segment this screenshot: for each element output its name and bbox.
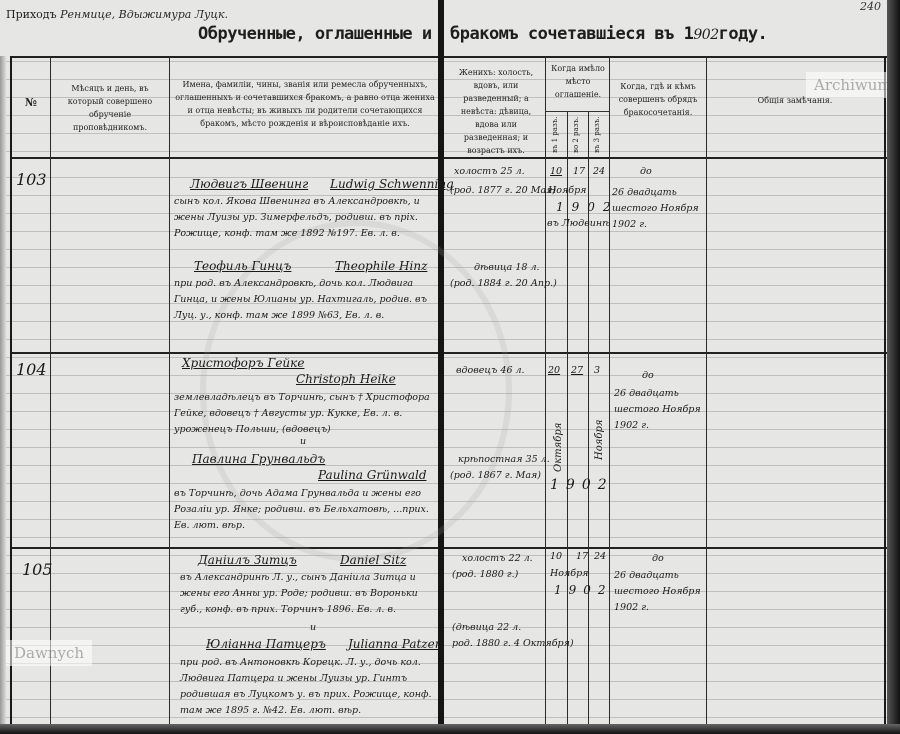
col-line-date: [169, 56, 170, 726]
bride-status: крѣпостная 35 л.: [458, 454, 550, 465]
book-edge-right: [887, 0, 900, 734]
bride-birth: (род. 1867 г. Мая): [450, 470, 541, 481]
entry-number: 105: [22, 560, 53, 579]
groom-status: холостъ 22 л.: [462, 553, 533, 564]
register-page: Приходъ Ренмице, Вдыжимура Луцк. Обручен…: [0, 0, 893, 728]
bride-name-ru: Юліанна Патцеръ: [206, 637, 326, 651]
entry-number: 104: [16, 360, 47, 379]
groom-name-lat: Ludwig Schwenning: [330, 177, 454, 191]
bride-name-ru: Теофиль Гинцъ: [194, 259, 291, 273]
col-header-status-age: Женихъ: холость, вдовъ, или разведенный;…: [448, 66, 544, 157]
banns-month-vertical-2: Ноября: [594, 400, 605, 460]
title-right-suffix: году.: [719, 24, 768, 44]
groom-name-ru: Христофоръ Гейке: [182, 356, 304, 370]
banns-year: 1902: [556, 200, 619, 214]
bride-status: (дѣвица 22 л.: [452, 622, 521, 633]
banns-1: 20: [548, 365, 560, 376]
parish-name: Ренмице, Вдыжимура Луцк.: [60, 8, 228, 21]
header-bottom-border: [10, 157, 887, 159]
bride-birth: (род. 1884 г. 20 Апр.): [450, 278, 557, 289]
ceremony-mark: до: [652, 553, 664, 564]
banns-2: 27: [571, 365, 583, 376]
banns-month: Ноября: [550, 568, 588, 579]
title-right-prefix: бракомъ сочетавшіеся въ 1: [450, 24, 693, 44]
book-edge-bottom: [0, 724, 900, 734]
banns-1: 10: [550, 551, 562, 562]
col-header-date: Мѣсяцъ и день, въ который совершено обру…: [54, 82, 166, 134]
banns-place: въ Людвинѣ: [547, 218, 610, 229]
bride-name-lat: Theophile Hinz: [335, 259, 427, 273]
col-header-ceremony: Когда, гдѣ и кѣмъ совершенъ обрядъ брако…: [612, 80, 704, 119]
col-line-left: [10, 56, 12, 726]
entry-number: 103: [16, 170, 47, 189]
banns-1: 10: [550, 166, 562, 177]
bride-details: въ Торчинѣ, дочь Адама Грунвальда и жены…: [174, 486, 434, 534]
banns-2: 17: [573, 166, 585, 177]
page-left-edge: [0, 0, 6, 734]
ceremony-mark: до: [640, 166, 652, 177]
bride-name-ru: Павлина Грунвальдъ: [192, 452, 325, 466]
col-header-banns-3: въ 3 разъ.: [593, 116, 607, 154]
table-top-border: [10, 56, 887, 58]
col-line-number: [50, 56, 51, 726]
bride-status: дѣвица 18 л.: [474, 262, 540, 273]
banns-3: 24: [593, 166, 605, 177]
groom-status: вдовецъ 46 л.: [456, 365, 525, 376]
col-header-banns-2: во 2 разъ.: [572, 116, 586, 154]
groom-name-lat: Christoph Heike: [296, 372, 396, 386]
col-header-banns-1: въ 1 разъ.: [551, 116, 565, 154]
conjunction: и: [300, 436, 306, 447]
row-divider-2: [10, 547, 887, 549]
groom-details: въ Александринѣ Л. у., сынъ Даніила Зитц…: [180, 570, 436, 618]
page-title-left: Обрученные, оглашенные и: [198, 24, 432, 44]
page-title-right: бракомъ сочетавшіеся въ 1902году.: [450, 24, 767, 44]
col-header-number: №: [12, 96, 50, 109]
col-line-status: [545, 56, 546, 726]
conjunction: и: [310, 622, 316, 633]
col-header-names: Имена, фамиліи, чины, званія или ремесла…: [174, 78, 436, 130]
ceremony-text: 26 двадцать шестого Ноября 1902 г.: [612, 185, 704, 233]
groom-status: холостъ 25 л.: [454, 166, 525, 177]
groom-name-ru: Людвигъ Швенинг: [190, 177, 308, 191]
banns-month: Ноября: [548, 185, 586, 196]
banns-sub-divider: [545, 111, 609, 112]
groom-details: сынъ кол. Якова Швенинга въ Александровк…: [174, 194, 434, 242]
bride-name-lat: Julianna Patzer: [348, 637, 440, 651]
banns-month-vertical-1: Октября: [553, 392, 564, 472]
bride-details: при род. въ Александровкѣ, дочь кол. Люд…: [174, 276, 434, 324]
banns-3: 24: [594, 551, 606, 562]
watermark-dawnych: Dawnych: [6, 640, 92, 666]
banns-year: 1902: [550, 477, 614, 493]
banns-3: 3: [594, 365, 600, 376]
title-year: 902: [693, 27, 718, 43]
page-number: 240: [860, 0, 881, 13]
ceremony-mark: до: [642, 370, 654, 381]
bride-birth: род. 1880 г. 4 Октября): [452, 638, 574, 649]
watermark-archiwum: Archiwum: [806, 72, 900, 98]
groom-birth: (род. 1877 г. 20 Мая): [450, 185, 556, 196]
banns-year: 1902: [554, 583, 613, 597]
parish-label: Приходъ: [6, 8, 57, 21]
ceremony-text: 26 двадцать шестого Ноября 1902 г.: [614, 386, 706, 434]
col-line-ceremony: [706, 56, 707, 726]
parish-line: Приходъ Ренмице, Вдыжимура Луцк.: [6, 8, 228, 21]
col-line-banns3: [609, 56, 610, 726]
groom-name-lat: Daniel Sitz: [340, 553, 406, 567]
bride-details: при род. въ Антоновкѣ Корецк. Л. у., доч…: [180, 655, 436, 719]
col-header-banns: Когда имѣло мѣсто оглашеніе.: [547, 62, 609, 101]
banns-2: 17: [576, 551, 588, 562]
ceremony-text: 26 двадцать шестого Ноября 1902 г.: [614, 568, 706, 616]
bride-name-lat: Paulina Grünwald: [318, 468, 427, 482]
col-line-right: [884, 56, 886, 726]
groom-birth: (род. 1880 г.): [452, 569, 518, 580]
groom-details: землевладѣлецъ въ Торчинѣ, сынъ † Христо…: [174, 390, 434, 438]
groom-name-ru: Даніилъ Зитцъ: [198, 553, 297, 567]
